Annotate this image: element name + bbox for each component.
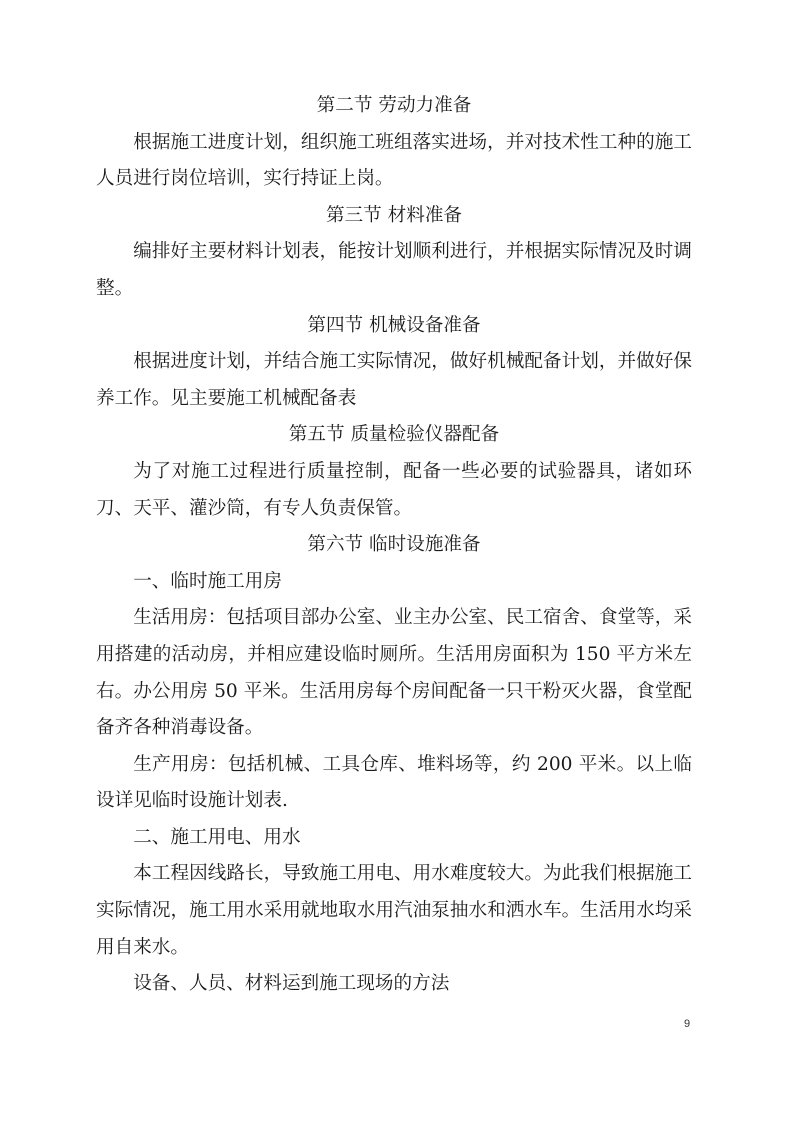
- paragraph-labor: 根据施工进度计划，组织施工班组落实进场，并对技术性工种的施工人员进行岗位培训，实…: [96, 125, 692, 198]
- paragraph-power-water: 本工程因线路长，导致施工用电、用水难度较大。为此我们根据施工实际情况，施工用水采…: [96, 856, 692, 966]
- paragraph-quality-instruments: 为了对施工过程进行质量控制，配备一些必要的试验器具，诸如环刀、天平、灌沙筒，有专…: [96, 454, 692, 527]
- paragraph-production-housing: 生产用房：包括机械、工具仓库、堆料场等，约 200 平米。以上临设详见临时设施计…: [96, 747, 692, 820]
- section-heading-quality-instruments: 第五节 质量检验仪器配备: [96, 417, 692, 454]
- paragraph-machinery: 根据进度计划，并结合施工实际情况，做好机械配备计划，并做好保养工作。见主要施工机…: [96, 344, 692, 417]
- paragraph-materials: 编排好主要材料计划表，能按计划顺利进行，并根据实际情况及时调整。: [96, 234, 692, 307]
- section-heading-temporary-facilities: 第六节 临时设施准备: [96, 527, 692, 564]
- section-heading-machinery: 第四节 机械设备准备: [96, 308, 692, 345]
- page-number: 9: [684, 1018, 690, 1030]
- subheading-temporary-housing: 一、临时施工用房: [96, 564, 692, 601]
- paragraph-transport-method: 设备、人员、材料运到施工现场的方法: [96, 966, 692, 1003]
- subheading-power-water: 二、施工用电、用水: [96, 820, 692, 857]
- section-heading-labor: 第二节 劳动力准备: [96, 88, 692, 125]
- paragraph-living-housing: 生活用房：包括项目部办公室、业主办公室、民工宿舍、食堂等，采用搭建的活动房，并相…: [96, 600, 692, 746]
- document-page: 第二节 劳动力准备 根据施工进度计划，组织施工班组落实进场，并对技术性工种的施工…: [96, 88, 692, 1003]
- section-heading-materials: 第三节 材料准备: [96, 198, 692, 235]
